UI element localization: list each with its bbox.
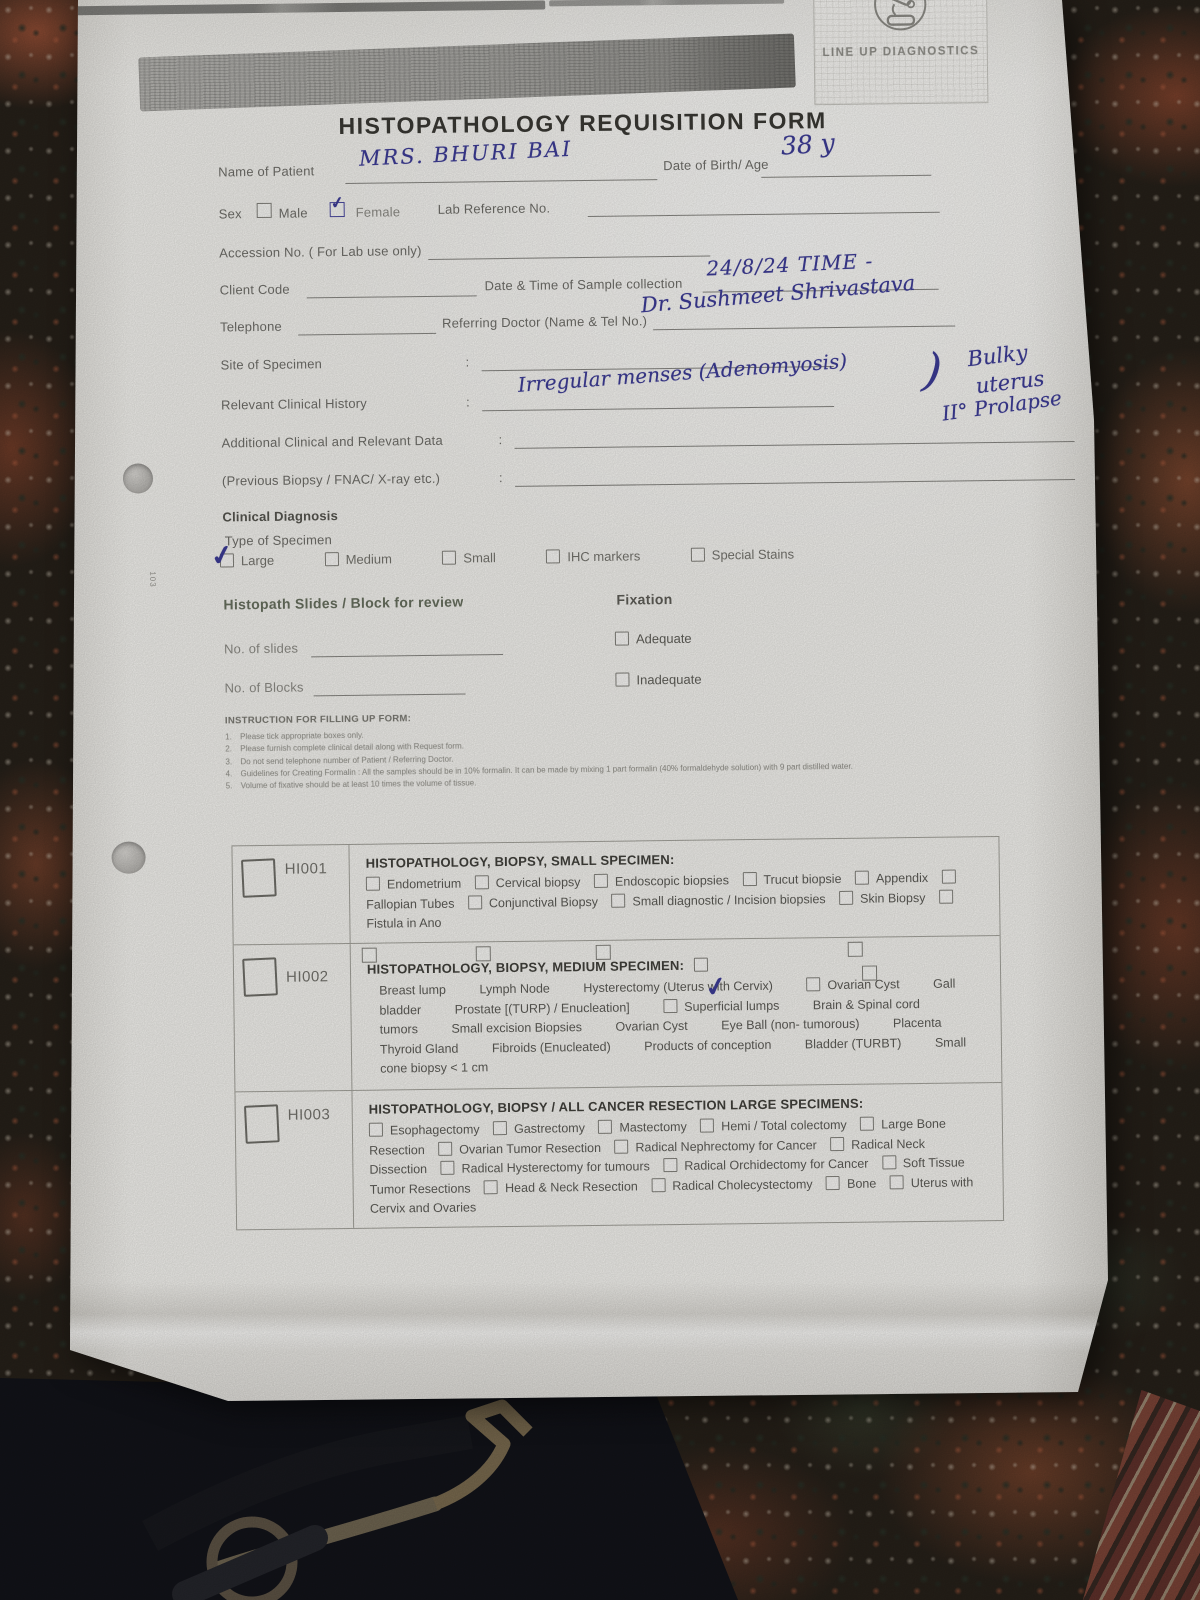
- checkbox-icon: [615, 673, 629, 687]
- checkbox-icon: [475, 875, 489, 889]
- age-handwritten: 38 y: [780, 128, 836, 160]
- specimen-item: Radical Nephrectomy for Cancer: [614, 1138, 816, 1154]
- specimen-item: Ovarian Cyst: [615, 1019, 687, 1034]
- accession-label: Accession No. ( For Lab use only): [219, 243, 422, 260]
- item-label: Radical Hysterectomy for tumours: [461, 1159, 649, 1175]
- specimen-type-option: ✓Large: [220, 553, 274, 569]
- item-label: Trucut biopsie: [763, 872, 841, 887]
- specimen-item: Skin Biopsy: [839, 890, 925, 905]
- item-label: Bladder (TURBT): [805, 1036, 902, 1051]
- item-label: Radical Nephrectomy for Cancer: [635, 1138, 816, 1154]
- history-underline: [482, 406, 834, 412]
- specimen-item: Lymph Node: [479, 982, 550, 997]
- name-underline: [345, 179, 657, 184]
- fixation-heading: Fixation: [616, 591, 672, 608]
- stray-checkbox-icon: [596, 945, 611, 960]
- large-checkbox-icon: [244, 1105, 280, 1145]
- specimen-item: Head & Neck Resection: [484, 1179, 638, 1195]
- specimen-item: Radical Hysterectomy for tumours: [440, 1159, 649, 1176]
- item-label: Superficial lumps: [684, 998, 779, 1013]
- specimen-item: Eye Ball (non- tumorous): [721, 1017, 859, 1033]
- row-content: HISTOPATHOLOGY, BIOPSY / ALL CANCER RESE…: [351, 1083, 1003, 1228]
- specimen-item: Radical Cholecystectomy: [651, 1177, 813, 1193]
- row-content: HISTOPATHOLOGY, BIOPSY, SMALL SPECIMEN: …: [348, 837, 999, 943]
- site-of-specimen-label: Site of Specimen: [220, 356, 322, 372]
- form-title: HISTOPATHOLOGY REQUISITION FORM: [163, 105, 1003, 142]
- clinical-diagnosis-heading: Clinical Diagnosis: [222, 508, 338, 524]
- item-label: Small diagnostic / Incision biopsies: [632, 892, 825, 908]
- checkbox-icon: [855, 871, 869, 885]
- item-label: Mastectomy: [619, 1120, 687, 1135]
- item-label: Esophagectomy: [390, 1123, 480, 1138]
- name-of-patient-label: Name of Patient: [218, 163, 314, 179]
- checkbox-icon: [493, 1121, 507, 1135]
- stray-checkbox-icon: [362, 948, 377, 963]
- item-label: Head & Neck Resection: [505, 1179, 638, 1195]
- colon: :: [498, 432, 502, 447]
- checkbox-icon: [830, 1137, 844, 1151]
- specimen-item: Endometrium: [366, 877, 462, 892]
- specimen-item: Small diagnostic / Incision biopsies: [611, 892, 825, 909]
- checkbox-icon: [839, 890, 853, 904]
- specimen-items: Breast lump Lymph Node ✓Hysterectomy (Ut…: [367, 975, 987, 1079]
- photo-of-requisition-form: LINE UP DIAGNOSTICS 103 HISTOPATHOLOGY R…: [0, 0, 1200, 1600]
- item-label: Lymph Node: [479, 982, 550, 997]
- item-label: Prostate [(TURP) / Enucleation]: [455, 1000, 630, 1016]
- item-label: Small excision Biopsies: [451, 1020, 582, 1036]
- specimen-item: Bladder (TURBT): [805, 1036, 902, 1051]
- item-label: Endometrium: [387, 877, 462, 892]
- checkbox-icon: [860, 1117, 874, 1131]
- sex-label: Sex: [219, 206, 242, 221]
- specimen-type-option: IHC markers: [546, 548, 640, 564]
- checkbox-icon: [939, 889, 953, 903]
- type-of-specimen-label: Type of Specimen: [225, 532, 332, 548]
- option-label: Inadequate: [636, 672, 701, 688]
- item-label: Fibroids (Enucleated): [492, 1039, 611, 1054]
- item-label: Ovarian Tumor Resection: [459, 1141, 601, 1157]
- specimen-item: Breast lump: [379, 983, 446, 998]
- item-label: Breast lump: [379, 983, 446, 998]
- specimen-item: Esophagectomy: [369, 1123, 480, 1138]
- previous-underline: [515, 479, 1075, 487]
- lab-reference-underline: [588, 212, 940, 218]
- specimen-codes-table: HI001 HISTOPATHOLOGY, BIOPSY, SMALL SPEC…: [231, 836, 1004, 1231]
- ink-smudge: [75, 0, 545, 15]
- checkbox-icon: [440, 1161, 454, 1175]
- telephone-label: Telephone: [220, 319, 282, 335]
- item-label: Fallopian Tubes: [366, 896, 454, 911]
- code-checkbox-cell: [232, 846, 285, 945]
- stray-checkbox-icon: [476, 946, 491, 961]
- checkbox-icon: [614, 1139, 628, 1153]
- option-label: Medium: [346, 551, 392, 567]
- instruction-number: 3.: [225, 756, 233, 768]
- specimen-item: Ovarian Tumor Resection: [438, 1141, 601, 1157]
- form-content: LINE UP DIAGNOSTICS 103 HISTOPATHOLOGY R…: [61, 0, 1120, 1409]
- checkbox-icon: [598, 1120, 612, 1134]
- item-label: Fistula in Ano: [366, 916, 441, 931]
- type-of-specimen-options: ✓Large Medium Small IHC markers Special …: [220, 545, 860, 571]
- item-label: Radical Cholecystectomy: [672, 1177, 813, 1193]
- accession-underline: [428, 255, 710, 260]
- specimen-item: Mastectomy: [598, 1120, 687, 1135]
- referring-doctor-label: Referring Doctor (Name & Tel No.): [442, 313, 647, 331]
- specimen-item: Placenta: [893, 1016, 942, 1031]
- specimen-item: Bone: [826, 1176, 876, 1191]
- item-label: Placenta: [893, 1016, 942, 1031]
- male-label: Male: [279, 205, 308, 220]
- item-label: Endoscopic biopsies: [615, 873, 729, 888]
- specimen-item: Endoscopic biopsies: [594, 873, 729, 889]
- item-label: Eye Ball (non- tumorous): [721, 1017, 859, 1033]
- item-label: Products of conception: [644, 1037, 771, 1053]
- checkbox-icon: [369, 1123, 383, 1137]
- specimen-items: Endometrium Cervical biopsy Endoscopic b…: [366, 868, 986, 934]
- item-label: Bone: [847, 1176, 876, 1190]
- stray-checkbox-icon: [848, 942, 863, 957]
- specimen-items: Esophagectomy Gastrectomy Mastectomy Hem…: [369, 1115, 989, 1219]
- referring-doctor-underline: [653, 326, 955, 331]
- code-checkbox-cell: [235, 1092, 289, 1230]
- specimen-type-option: Small: [442, 550, 496, 566]
- redaction-bar: [138, 33, 796, 111]
- table-row-hi003: HI003 HISTOPATHOLOGY, BIOPSY / ALL CANCE…: [235, 1082, 1003, 1229]
- ink-smudge: [549, 0, 784, 6]
- specimen-item: Radical Orchidectomy for Cancer: [663, 1157, 868, 1174]
- specimen-item: Gastrectomy: [493, 1121, 585, 1136]
- checkbox-icon: [611, 893, 625, 907]
- dob-age-label: Date of Birth/ Age: [663, 157, 769, 173]
- item-label: Radical Orchidectomy for Cancer: [684, 1157, 868, 1173]
- checkbox-icon: [742, 872, 756, 886]
- checkbox-icon: [325, 552, 339, 566]
- specimen-item: Small excision Biopsies: [451, 1020, 582, 1036]
- instruction-number: 4.: [226, 768, 234, 780]
- paper-sheet: LINE UP DIAGNOSTICS 103 HISTOPATHOLOGY R…: [68, 0, 1110, 1403]
- hole-punch: [123, 463, 153, 493]
- checkbox-icon: [615, 632, 629, 646]
- dob-underline: [761, 175, 931, 178]
- instruction-number: 5.: [226, 781, 234, 793]
- male-checkbox-icon: [257, 203, 272, 218]
- checkbox-icon: [663, 1158, 677, 1172]
- specimen-item: Ovarian Cyst: [806, 978, 899, 993]
- specimen-item: Prostate [(TURP) / Enucleation]: [455, 1000, 630, 1016]
- table-row-hi001: HI001 HISTOPATHOLOGY, BIOPSY, SMALL SPEC…: [232, 837, 999, 945]
- female-label: Female: [356, 204, 401, 220]
- history-handwritten: Irregular menses (Adenomyosis): [517, 349, 848, 397]
- checkbox-icon: [700, 1119, 714, 1133]
- client-code-underline: [307, 295, 477, 298]
- checkbox-icon: [663, 999, 677, 1013]
- checkbox-icon: [826, 1176, 840, 1190]
- specimen-item: Cervical biopsy: [475, 875, 581, 890]
- checkbox-icon: [468, 895, 482, 909]
- item-label: Appendix: [876, 871, 928, 886]
- checkbox-icon: [691, 548, 705, 562]
- tick-mark: ✓: [329, 192, 345, 214]
- checkbox-icon: [890, 1175, 904, 1189]
- option-label: Small: [463, 550, 496, 565]
- blocks-underline: [314, 694, 466, 697]
- specimen-item: Hemi / Total colectomy: [700, 1118, 847, 1134]
- checkbox-icon: [546, 549, 560, 563]
- fixation-options: Adequate Inadequate: [615, 631, 702, 714]
- instructions-block: INSTRUCTION FOR FILLING UP FORM: 1.Pleas…: [225, 705, 1026, 793]
- history-note-brace: ): [920, 342, 945, 398]
- item-label: Gastrectomy: [514, 1121, 585, 1136]
- table-row-hi002: HI002 HISTOPATHOLOGY, BIOPSY, MEDIUM SPE…: [234, 935, 1002, 1091]
- paper-surface: LINE UP DIAGNOSTICS 103 HISTOPATHOLOGY R…: [68, 0, 1110, 1403]
- colon: :: [465, 354, 469, 369]
- previous-biopsy-label: (Previous Biopsy / FNAC/ X-ray etc.): [222, 471, 440, 489]
- checkbox-icon: [651, 1178, 665, 1192]
- specimen-item: Trucut biopsie: [742, 872, 841, 887]
- collection-label: Date & Time of Sample collection: [485, 276, 683, 293]
- fixation-option: Adequate: [615, 631, 701, 647]
- specimen-type-option: Medium: [325, 551, 392, 567]
- colon: :: [466, 394, 470, 409]
- checkbox-icon: [438, 1141, 452, 1155]
- lab-logo-box: LINE UP DIAGNOSTICS: [813, 0, 989, 105]
- checkbox-icon: [882, 1155, 896, 1169]
- item-label: Cervical biopsy: [496, 875, 581, 890]
- instructions-list: 1.Please tick appropriate boxes only. 2.…: [225, 721, 1026, 793]
- additional-underline: [515, 441, 1075, 449]
- metal-bag-clasp: [130, 1386, 610, 1600]
- item-label: Ovarian Cyst: [827, 978, 899, 993]
- option-label: IHC markers: [567, 548, 640, 564]
- slides-underline: [311, 654, 503, 658]
- item-label: Hemi / Total colectomy: [721, 1118, 847, 1134]
- histopath-review-heading: Histopath Slides / Block for review: [223, 594, 463, 613]
- patient-name-handwritten: MRS. BHURI BAI: [359, 137, 573, 171]
- instruction-number: 1.: [225, 731, 233, 743]
- checkbox-icon: [442, 551, 456, 565]
- large-checkbox-icon: [241, 858, 277, 898]
- no-of-slides-label: No. of slides: [224, 641, 298, 657]
- lab-reference-label: Lab Reference No.: [438, 200, 551, 216]
- no-of-blocks-label: No. of Blocks: [224, 679, 303, 695]
- specimen-type-option: Special Stains: [691, 546, 795, 562]
- row-content: HISTOPATHOLOGY, BIOPSY, MEDIUM SPECIMEN:…: [350, 936, 1002, 1090]
- lab-logo-text: LINE UP DIAGNOSTICS: [815, 45, 987, 59]
- item-label: Conjunctival Biopsy: [489, 894, 598, 909]
- specimen-item: Appendix: [855, 871, 928, 886]
- additional-data-label: Additional Clinical and Relevant Data: [221, 433, 442, 451]
- telephone-underline: [298, 333, 436, 336]
- option-label: Special Stains: [712, 546, 795, 562]
- checkbox-icon: [484, 1180, 498, 1194]
- history-note-line1: Bulky: [966, 340, 1029, 371]
- specimen-item: Fibroids (Enucleated): [492, 1039, 611, 1054]
- microscope-icon: [871, 0, 930, 40]
- instruction-text: Volume of fixative should be at least 10…: [241, 778, 477, 793]
- checkbox-icon: [366, 877, 380, 891]
- item-label: Ovarian Cyst: [615, 1019, 687, 1034]
- hole-punch: [111, 841, 145, 873]
- option-label: Large: [241, 553, 274, 568]
- fixation-option: Inadequate: [615, 672, 701, 688]
- code-checkbox-cell: [234, 945, 288, 1092]
- client-code-label: Client Code: [220, 282, 290, 298]
- colon: :: [499, 470, 503, 485]
- specimen-item: ✓Hysterectomy (Uterus with Cervix): [583, 979, 773, 995]
- code-label: HI003: [287, 1091, 353, 1229]
- code-label: HI002: [286, 944, 352, 1091]
- checkbox-icon: [594, 874, 608, 888]
- checkbox-icon: [941, 870, 955, 884]
- code-label: HI001: [284, 845, 349, 944]
- specimen-item: Products of conception: [644, 1037, 771, 1053]
- item-label: Thyroid Gland: [380, 1041, 459, 1056]
- clinical-history-label: Relevant Clinical History: [221, 396, 367, 413]
- large-checkbox-icon: [242, 958, 278, 998]
- margin-number: 103: [148, 571, 157, 587]
- specimen-item: Thyroid Gland: [380, 1041, 459, 1056]
- item-label: Hysterectomy (Uterus with Cervix): [583, 979, 773, 995]
- specimen-item: Conjunctival Biopsy: [468, 894, 598, 910]
- checkbox-icon: [806, 978, 820, 992]
- instruction-number: 2.: [225, 743, 233, 755]
- specimen-item: Superficial lumps: [663, 998, 779, 1013]
- item-label: Skin Biopsy: [860, 890, 925, 905]
- option-label: Adequate: [636, 631, 692, 647]
